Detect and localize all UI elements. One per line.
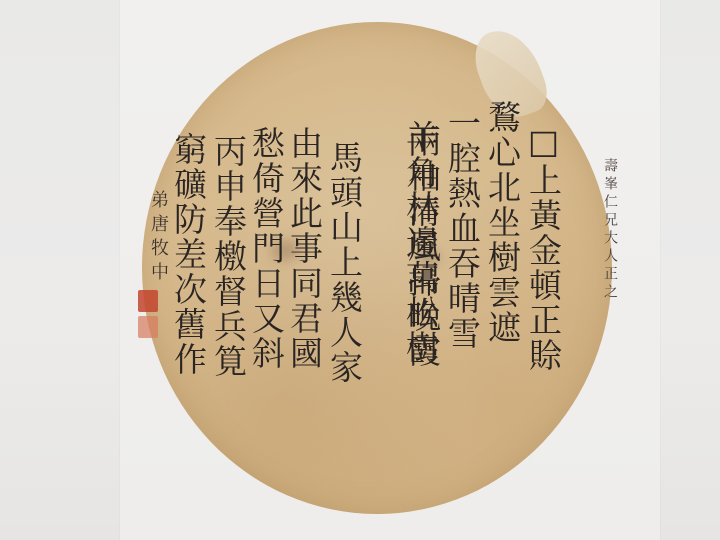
calligraphy-column-2: 鶩心北坐樹雲遮 xyxy=(484,100,520,345)
calligraphy-column-1: □上黃金頓正賒 xyxy=(525,122,561,373)
calligraphy-column-5: 羊角林邊萬松樹 xyxy=(402,120,438,365)
signature-text: 弟唐牧中 xyxy=(140,190,176,286)
calligraphy-column-7: 由來此事同君國 xyxy=(286,126,322,371)
seal-stamp-upper xyxy=(138,290,158,312)
calligraphy-column-6: 馬頭山上幾人家 xyxy=(326,140,362,385)
calligraphy-column-9: 丙申奉檄督兵筧 xyxy=(210,134,246,379)
seal-stamp-lower xyxy=(138,316,158,338)
inscription-text: 壽峯仁兄大人正之 xyxy=(592,158,628,302)
calligraphy-column-3: 一腔熱血吞晴雪 xyxy=(444,106,480,351)
calligraphy-column-8: 愁倚營門日又斜 xyxy=(248,126,284,371)
